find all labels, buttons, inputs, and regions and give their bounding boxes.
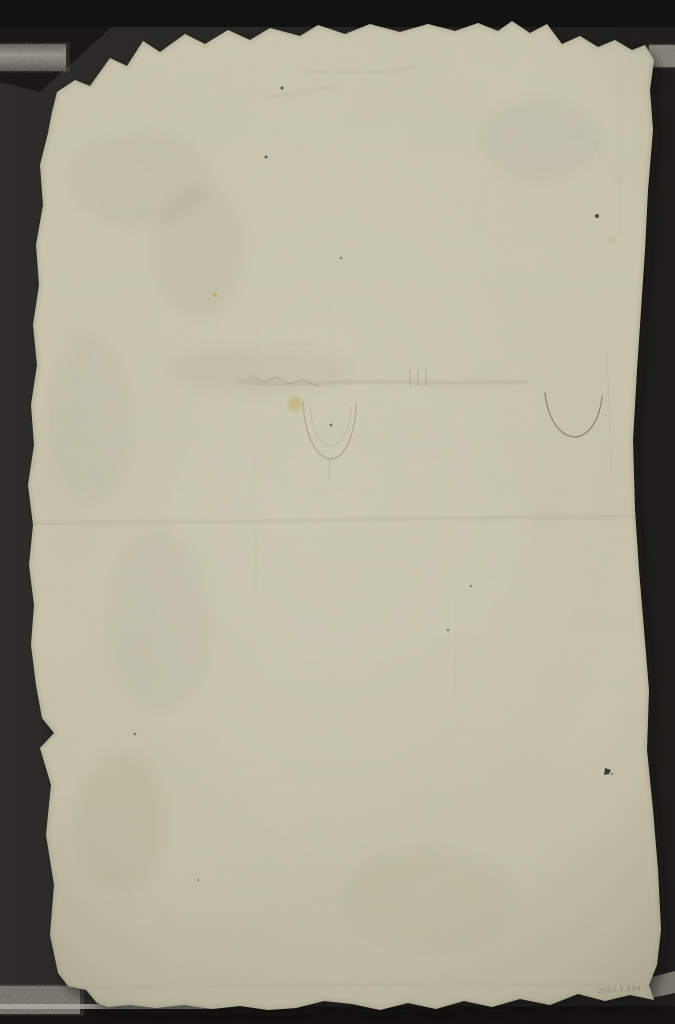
top-black-band (0, 0, 675, 27)
speck (447, 629, 450, 632)
stain-yellow-right (609, 237, 615, 243)
speck (197, 879, 199, 881)
speck (134, 733, 137, 736)
grain-texture (15, 15, 670, 1015)
stain-yellow-small (288, 396, 302, 412)
archival-photo: 2003.1.699 (0, 0, 675, 1024)
speck (281, 87, 284, 90)
speck-yellow (213, 293, 218, 298)
photo-stage: 2003.1.699 (0, 0, 675, 1024)
speck (330, 424, 333, 427)
ruler-strip-bottom-left-texture (0, 986, 80, 1014)
paper-surface (0, 0, 675, 1024)
speck (595, 214, 599, 218)
ruler-strip-top-left-texture (0, 44, 66, 71)
speck (470, 585, 472, 587)
speck (265, 156, 268, 159)
speck (340, 257, 342, 259)
speck (611, 773, 613, 775)
